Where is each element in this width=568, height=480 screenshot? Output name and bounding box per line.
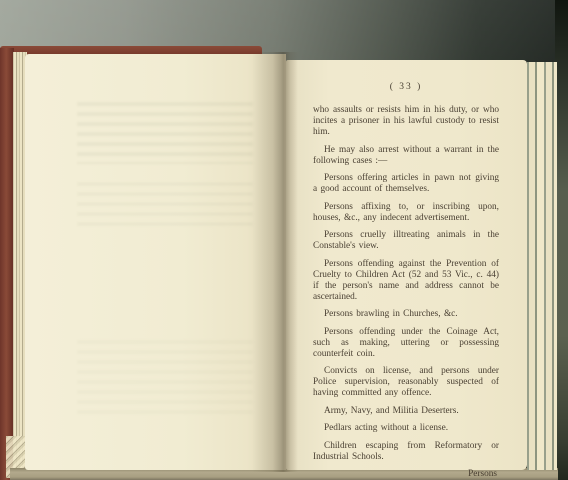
show-through-text xyxy=(77,340,253,418)
paragraph: Persons cruelly illtreating animals in t… xyxy=(313,230,499,252)
paragraph: Persons offering articles in pawn not gi… xyxy=(313,173,499,195)
paragraph: Persons brawling in Churches, &c. xyxy=(313,309,499,320)
left-page-blank xyxy=(25,54,286,470)
paragraph: Persons offending under the Coinage Act,… xyxy=(313,327,499,360)
book-cover-left-edge xyxy=(0,48,14,480)
paragraph: Persons offending against the Prevention… xyxy=(313,259,499,303)
book-photo: ( 33 ) who assaults or resists him in hi… xyxy=(0,0,568,480)
right-fore-edge-leaves xyxy=(527,62,557,470)
paragraph: He may also arrest without a warrant in … xyxy=(313,145,499,167)
show-through-text xyxy=(77,182,253,228)
show-through-text xyxy=(77,102,253,164)
page-number: ( 33 ) xyxy=(313,82,499,92)
paragraph: Pedlars acting without a license. xyxy=(313,423,499,434)
text-column: ( 33 ) who assaults or resists him in hi… xyxy=(313,82,499,479)
paragraph: Convicts on license, and persons under P… xyxy=(313,366,499,399)
catchword: Persons xyxy=(313,469,499,479)
paragraph: Army, Navy, and Militia Deserters. xyxy=(313,406,499,417)
paragraph: who assaults or resists him in his duty,… xyxy=(313,105,499,138)
paragraph: Persons affixing to, or inscribing upon,… xyxy=(313,202,499,224)
paragraph: Children escaping from Reformatory or In… xyxy=(313,441,499,463)
right-page: ( 33 ) who assaults or resists him in hi… xyxy=(286,60,527,470)
